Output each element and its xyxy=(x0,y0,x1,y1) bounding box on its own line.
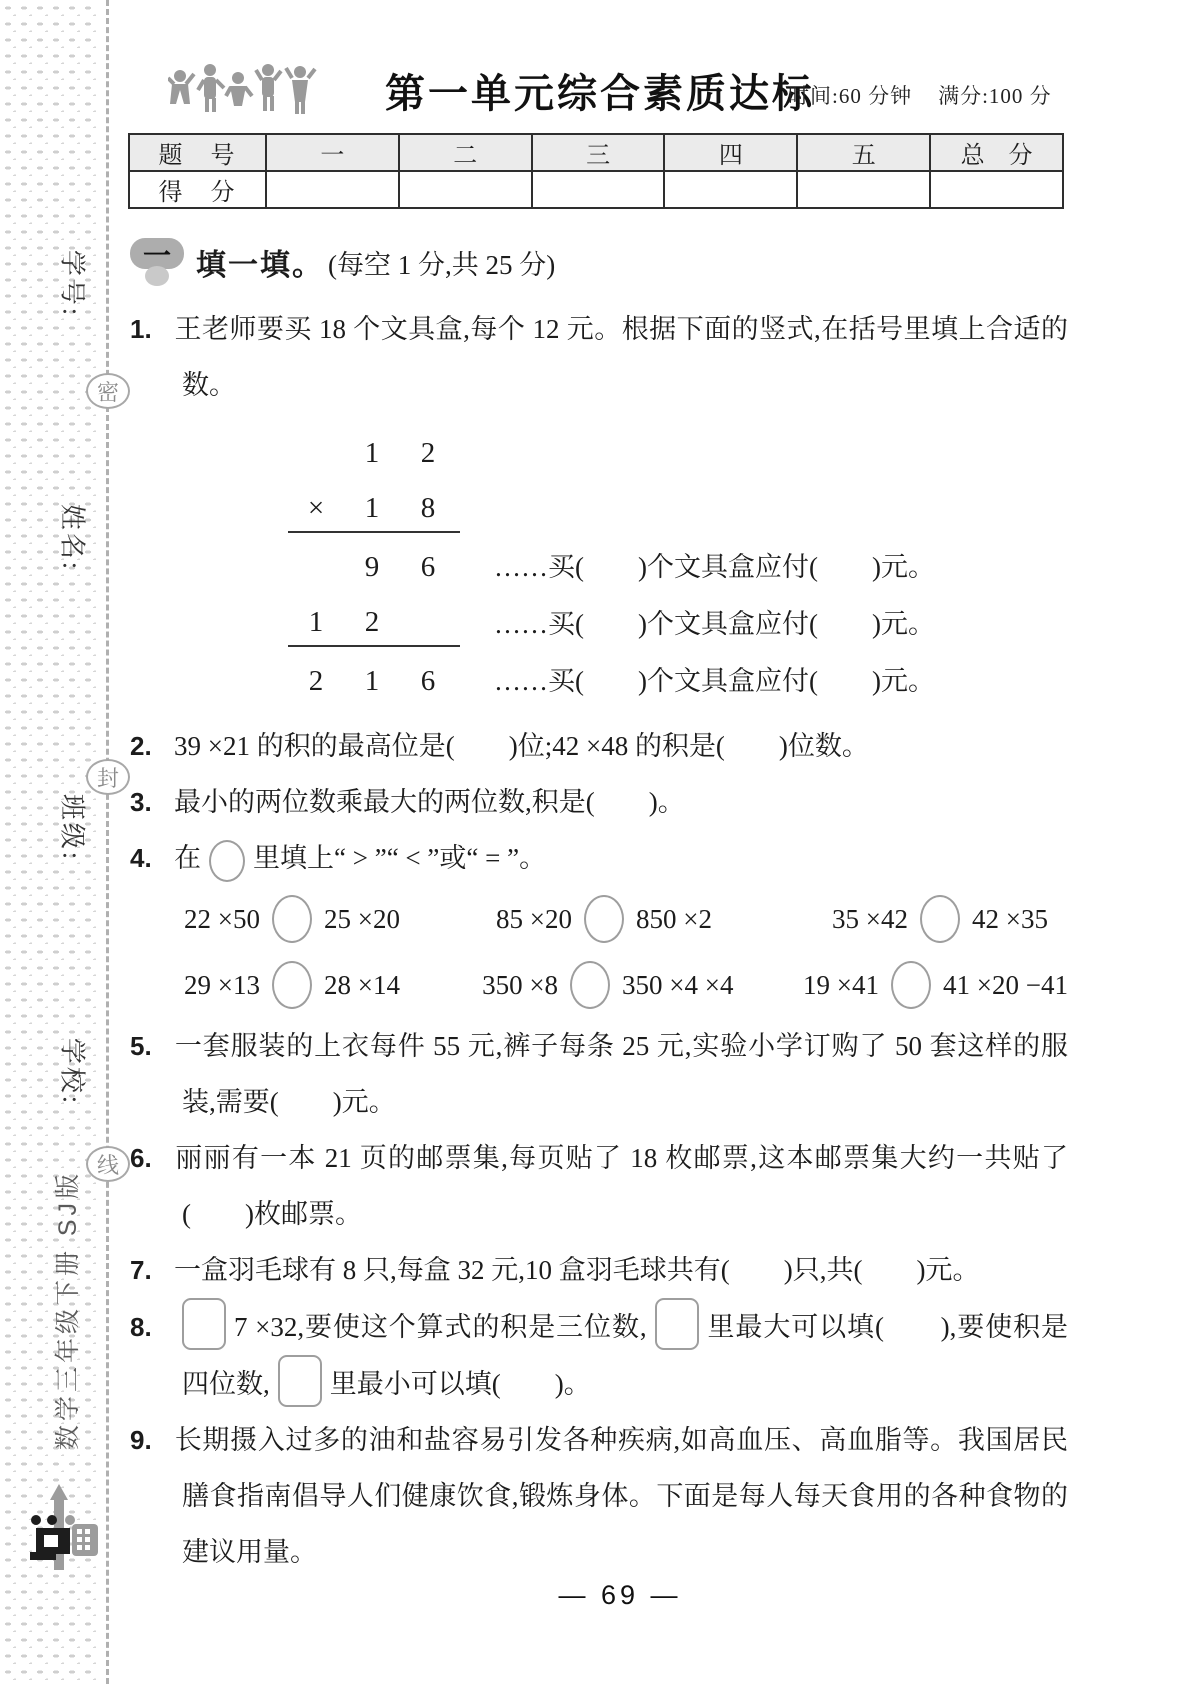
vm-line1-note: ……买( )个文具盒应付( )元。 xyxy=(494,545,935,590)
section-number-icon: 一 xyxy=(130,238,184,286)
score-cell xyxy=(930,171,1063,208)
seal-char-xian: 线 xyxy=(86,1146,130,1182)
section-points-note: (每空 1 分,共 25 分) xyxy=(328,243,555,282)
vertical-multiplication: 12 ×18 96 ……买( )个文具盒应付( )元。 12 ……买( )个文具… xyxy=(288,419,1068,704)
question-1: 1.王老师要买 18 个文具盒,每个 12 元。根据下面的竖式,在括号里填上合适… xyxy=(130,301,1068,413)
question-5: 5.一套服装的上衣每件 55 元,裤子每条 25 元,实验小学订购了 50 套这… xyxy=(130,1018,1068,1130)
comparison-pair: 35 ×4242 ×35 xyxy=(832,895,1048,943)
vm-line2-note: ……买( )个文具盒应付( )元。 xyxy=(494,602,935,647)
score-table-col: 四 xyxy=(664,134,797,171)
score-table-header-label: 题 号 xyxy=(129,134,266,171)
vm-line3-note: ……买( )个文具盒应付( )元。 xyxy=(494,659,935,704)
score-cell xyxy=(664,171,797,208)
score-row-label: 得 分 xyxy=(129,171,266,208)
question-8: 8.7 ×32,要使这个算式的积是三位数,里最大可以填( ),要使积是四位数,里… xyxy=(130,1298,1068,1412)
student-id-label: 学号: xyxy=(56,250,93,318)
score-cell xyxy=(399,171,532,208)
page-number: — 69 — xyxy=(520,1580,720,1611)
school-label: 学校: xyxy=(56,1038,93,1106)
compare-circle xyxy=(209,840,245,882)
compare-circle xyxy=(272,961,312,1009)
comparison-pair: 29 ×1328 ×14 xyxy=(184,961,482,1009)
dianzhongdian-logo xyxy=(26,1478,98,1574)
score-cell xyxy=(266,171,399,208)
page-title: 第一单元综合素质达标 xyxy=(385,62,815,119)
time-limit: 时间:60 分钟 xyxy=(788,84,912,108)
seal-char-feng: 封 xyxy=(86,759,130,795)
comparison-pair: 22 ×5025 ×20 xyxy=(184,895,496,943)
seal-char-mi: 密 xyxy=(86,373,130,409)
class-label: 班级: xyxy=(56,794,93,862)
question-9: 9.长期摄入过多的油和盐容易引发各种疾病,如高血压、高血脂等。我国居民膳食指南倡… xyxy=(130,1412,1068,1580)
score-table-col: 三 xyxy=(532,134,665,171)
compare-circle xyxy=(920,895,960,943)
comparison-row-2: 29 ×1328 ×14 350 ×8350 ×4 ×4 19 ×4141 ×2… xyxy=(184,952,1068,1018)
question-4: 4.在里填上“ > ”“ < ”或“ = ”。 xyxy=(130,830,1068,886)
score-cell xyxy=(532,171,665,208)
question-2: 2.39 ×21 的积的最高位是( )位;42 ×48 的积是( )位数。 xyxy=(130,718,1068,774)
score-table-col: 五 xyxy=(797,134,930,171)
question-7: 7.一盒羽毛球有 8 只,每盒 32 元,10 盒羽毛球共有( )只,共( )元… xyxy=(130,1242,1068,1298)
seal-dashed-line xyxy=(106,0,109,1684)
comparison-pair: 85 ×20850 ×2 xyxy=(496,895,832,943)
score-table-col: 二 xyxy=(399,134,532,171)
score-table-col: 一 xyxy=(266,134,399,171)
compare-circle xyxy=(272,895,312,943)
compare-circle xyxy=(570,961,610,1009)
score-cell xyxy=(797,171,930,208)
question-6: 6.丽丽有一本 21 页的邮票集,每页贴了 18 枚邮票,这本邮票集大约一共贴了… xyxy=(130,1130,1068,1242)
blank-square-box xyxy=(655,1298,699,1350)
compare-circle xyxy=(584,895,624,943)
name-label: 姓名: xyxy=(56,504,93,572)
section-1-header: 一 填一填。 (每空 1 分,共 25 分) xyxy=(130,237,1068,287)
blank-square-box xyxy=(182,1298,226,1350)
children-icon xyxy=(168,60,318,118)
book-edition-label: 数学三年级下册 SJ版 xyxy=(48,1170,84,1450)
score-table-col: 总 分 xyxy=(930,134,1063,171)
comparison-pair: 350 ×8350 ×4 ×4 xyxy=(482,961,803,1009)
section-title: 填一填。 xyxy=(196,240,324,284)
score-table: 题 号 一 二 三 四 五 总 分 得 分 xyxy=(128,133,1064,209)
question-3: 3.最小的两位数乘最大的两位数,积是( )。 xyxy=(130,774,1068,830)
comparison-pair: 19 ×4141 ×20 −41 xyxy=(803,961,1068,1009)
comparison-row-1: 22 ×5025 ×20 85 ×20850 ×2 35 ×4242 ×35 xyxy=(184,886,1068,952)
worksheet-page: 学号: 姓名: 班级: 学校: 密 封 线 数学三年级下册 SJ版 xyxy=(0,0,1191,1684)
blank-square-box xyxy=(278,1355,322,1407)
compare-circle xyxy=(891,961,931,1009)
full-score: 满分:100 分 xyxy=(938,84,1052,108)
